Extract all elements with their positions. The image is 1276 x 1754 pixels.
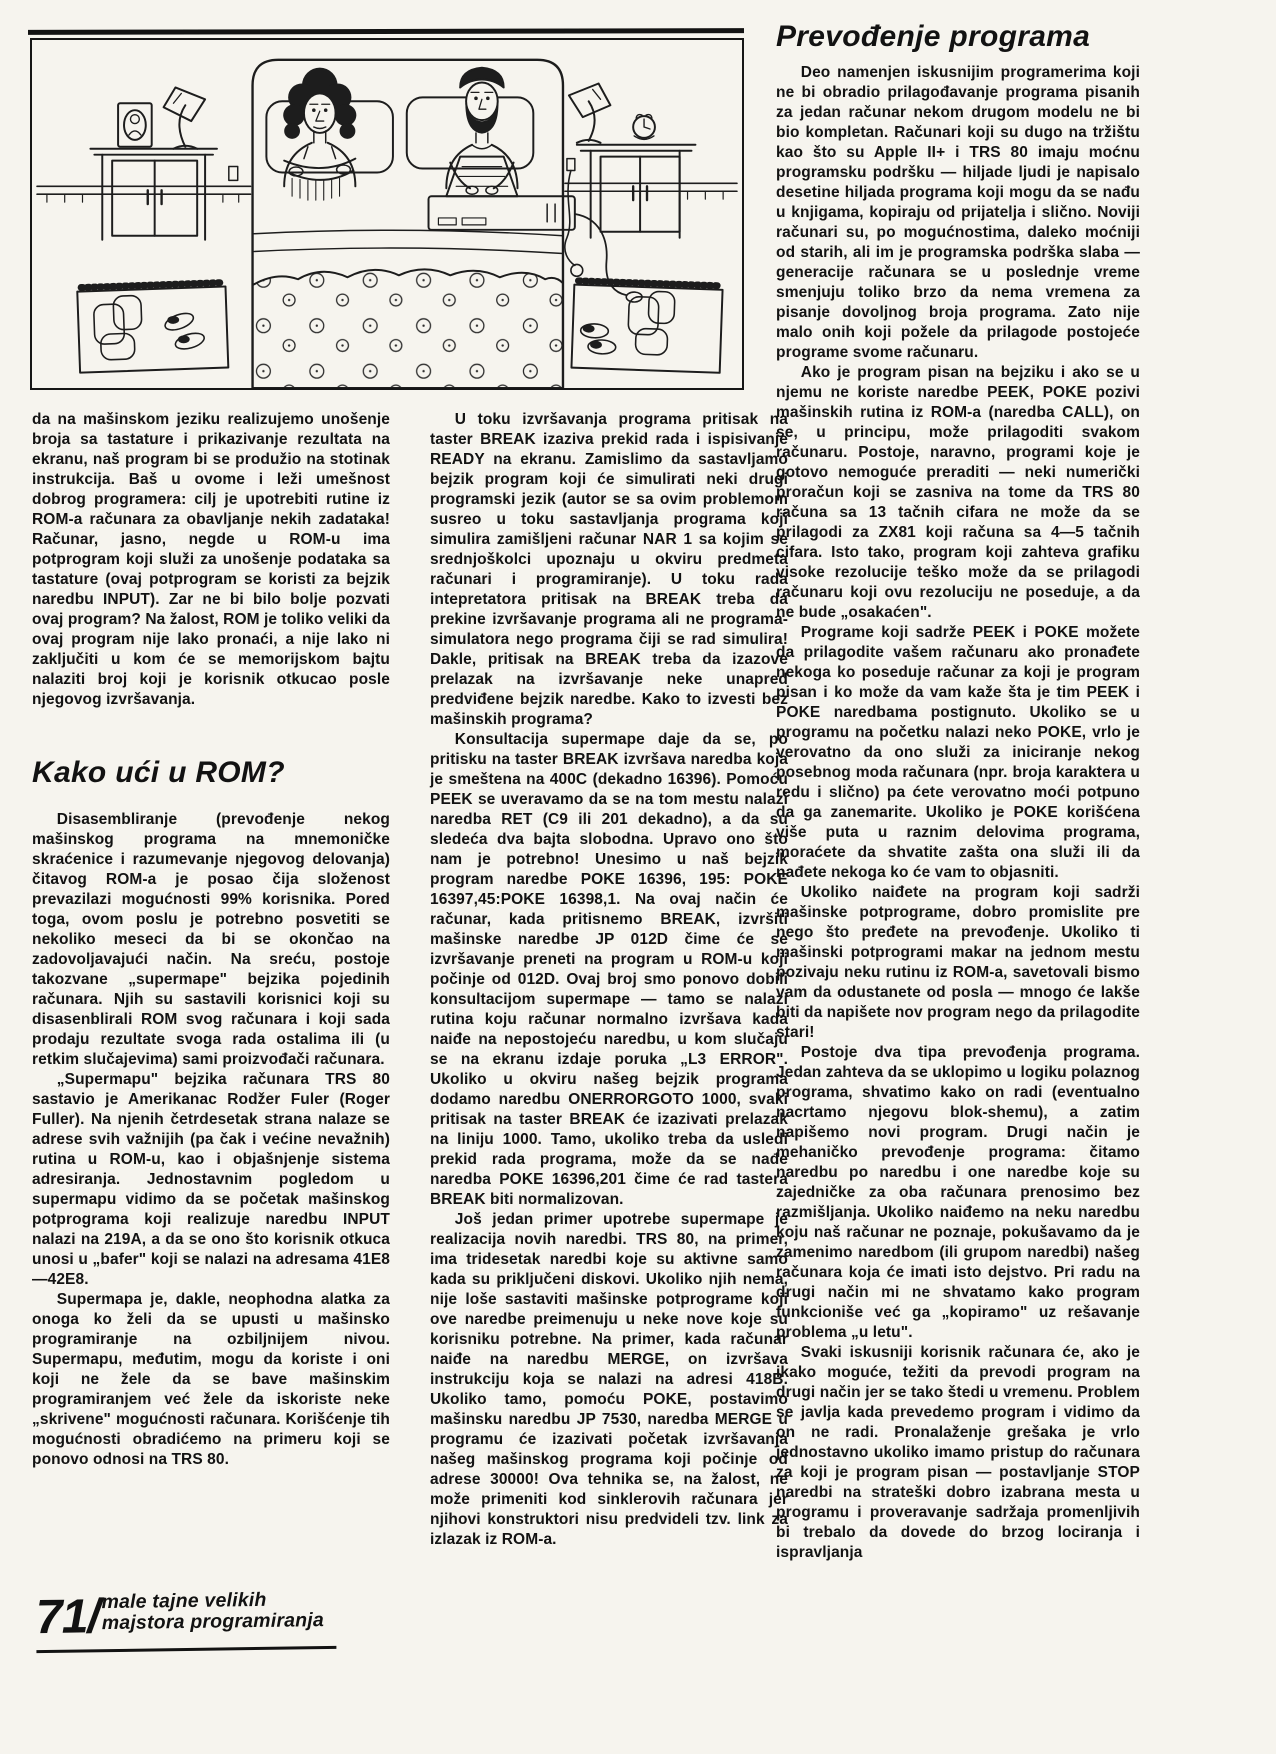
- body-paragraph: Konsultacija supermape daje da se, po pr…: [430, 730, 788, 1210]
- magazine-page: da na mašinskom jeziku realizujemo unoše…: [0, 0, 1276, 1754]
- slippers-left: [163, 310, 207, 353]
- sheet-fold: [253, 230, 563, 253]
- alarm-clock: [633, 115, 655, 140]
- body-paragraph: Supermapa je, dakle, neophodna alatka za…: [32, 1290, 390, 1470]
- body-paragraph: Svaki iskusniji korisnik računara će, ak…: [776, 1343, 1140, 1563]
- lamp-left: [164, 87, 206, 148]
- photo-frame: [118, 103, 152, 147]
- page-number: 71/: [36, 1595, 100, 1640]
- plug-and-cord: [565, 159, 583, 277]
- body-paragraph: U toku izvršavanja programa pritisak na …: [430, 410, 788, 730]
- couple-in-bed-illustration: [30, 38, 744, 390]
- rug-right: [571, 281, 722, 373]
- page-footer: 71/ male tajne velikih majstora programi…: [36, 1586, 337, 1653]
- top-rule: [28, 28, 744, 35]
- striped-top: [292, 178, 339, 200]
- patterned-duvet: [253, 269, 563, 388]
- body-paragraph: Ako je program pisan na bejziku i ako se…: [776, 363, 1140, 623]
- body-paragraph: da na mašinskom jeziku realizujemo unoše…: [32, 410, 390, 710]
- series-tagline-line2: majstora programiranja: [102, 1609, 325, 1634]
- wall-outlet: [229, 167, 238, 181]
- vents: [547, 204, 563, 222]
- crossed-arms: [284, 159, 355, 180]
- middle-column: U toku izvršavanja programa pritisak na …: [430, 410, 788, 1550]
- rug-left: [77, 282, 228, 372]
- body-paragraph: Postoje dva tipa prevođenja programa. Je…: [776, 1043, 1140, 1343]
- woman-figure: [283, 68, 356, 200]
- section-heading-prevodjenje-programa: Prevođenje programa: [776, 20, 1140, 54]
- body-paragraph: Ukoliko naiđete na program koji sadrži m…: [776, 883, 1140, 1043]
- body-paragraph: Još jedan primer upotrebe supermape je r…: [430, 1210, 788, 1550]
- man-figure: [446, 68, 517, 195]
- couple-in-bed-drawing: [32, 40, 742, 388]
- body-paragraph: „Supermapu" bejzika računara TRS 80 sast…: [32, 1070, 390, 1290]
- slippers-right: [580, 323, 617, 354]
- left-column: da na mašinskom jeziku realizujemo unoše…: [32, 410, 390, 1470]
- body-paragraph: Deo namenjen iskusnijim programerima koj…: [776, 63, 1140, 363]
- section-heading-kako-uci-u-rom: Kako ući u ROM?: [32, 756, 390, 790]
- right-column: Prevođenje programa Deo namenjen iskusni…: [776, 20, 1140, 1563]
- body-paragraph: Programe koji sadrže PEEK i POKE možete …: [776, 623, 1140, 883]
- series-tagline: male tajne velikih majstora programiranj…: [101, 1589, 324, 1634]
- lamp-right: [569, 84, 611, 143]
- body-paragraph: Disasembliranje (prevođenje nekog mašins…: [32, 810, 390, 1070]
